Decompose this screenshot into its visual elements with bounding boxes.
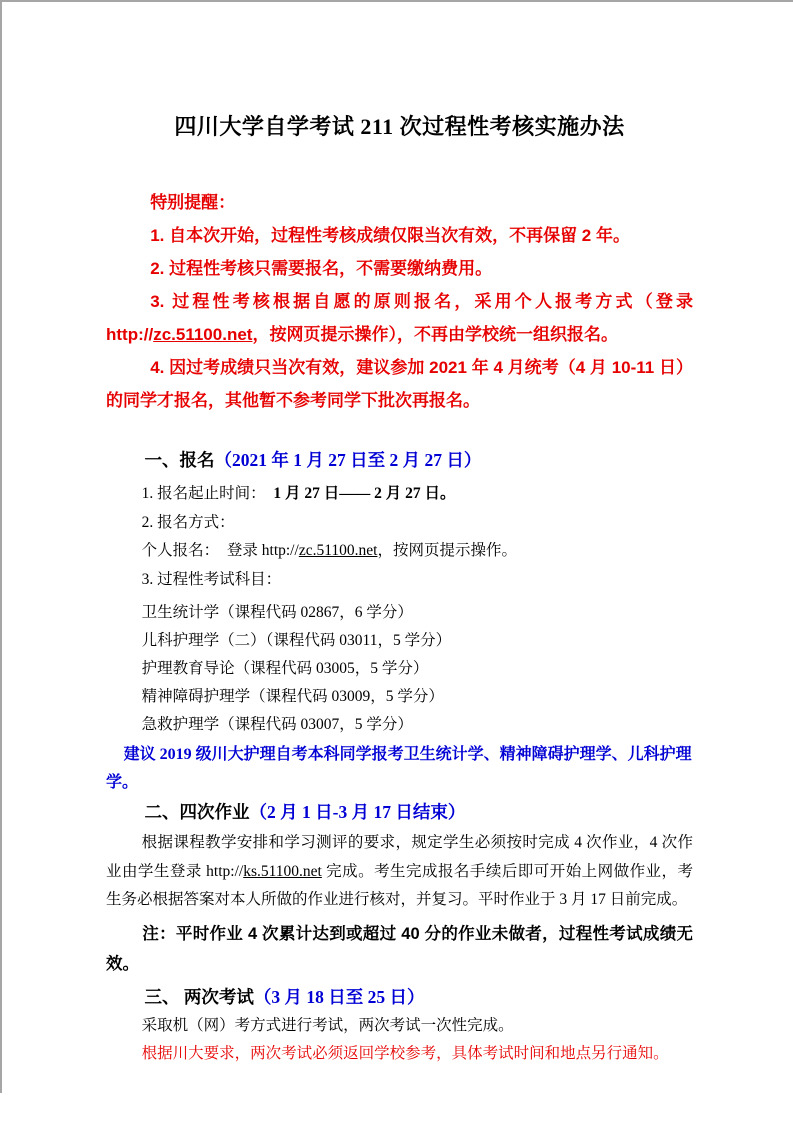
section2-body: 根据课程教学安排和学习测评的要求，规定学生必须按时完成 4 次作业，4 次作业由… (106, 829, 693, 915)
course-item: 卫生统计学（课程代码 02867，6 学分） (106, 599, 693, 627)
personal-registration-text: 个人报名： 登录 http:// (142, 542, 299, 559)
section2-heading: 二、四次作业（2 月 1 日-3 月 17 日结束） (106, 797, 693, 827)
section-1-registration: 一、报名（2021 年 1 月 27 日至 2 月 27 日） 1. 报名起止时… (106, 445, 693, 797)
course-list: 卫生统计学（课程代码 02867，6 学分） 儿科护理学（二）（课程代码 030… (106, 599, 693, 739)
course-item: 护理教育导论（课程代码 03005，5 学分） (106, 655, 693, 683)
course-item: 精神障碍护理学（课程代码 03009，5 学分） (106, 683, 693, 711)
section1-items: 1. 报名起止时间： 1 月 27 日—— 2 月 27 日。 2. 报名方式：… (106, 480, 693, 594)
notice-item-2: 2. 过程性考核只需要报名，不需要缴纳费用。 (106, 252, 693, 285)
registration-period-dates: 1 月 27 日—— 2 月 27 日。 (273, 485, 455, 502)
course-item: 儿科护理学（二）（课程代码 03011，5 学分） (106, 627, 693, 655)
course-item: 急救护理学（课程代码 03007，5 学分） (106, 711, 693, 739)
exam-subjects-line: 3. 过程性考试科目： (106, 566, 693, 595)
section1-heading-label: 一、报名 (145, 450, 215, 470)
section3-heading-dates: （3 月 18 日至 25 日） (254, 987, 425, 1007)
section1-heading: 一、报名（2021 年 1 月 27 日至 2 月 27 日） (106, 445, 693, 475)
section3-body: 采取机（网）考方式进行考试，两次考试一次性完成。 (106, 1012, 693, 1041)
document-title: 四川大学自学考试 211 次过程性考核实施办法 (106, 112, 693, 142)
zc-registration-link-2[interactable]: zc.51100.net (299, 542, 378, 559)
notice-heading: 特别提醒： (106, 186, 693, 219)
suggestion-line: 建议 2019 级川大护理自考本科同学报考卫生统计学、精神障碍护理学、儿科护理学… (106, 741, 693, 797)
registration-method-line: 2. 报名方式： (106, 509, 693, 538)
registration-period-line: 1. 报名起止时间： 1 月 27 日—— 2 月 27 日。 (106, 480, 693, 509)
notice-item-1: 1. 自本次开始，过程性考核成绩仅限当次有效，不再保留 2 年。 (106, 219, 693, 252)
notice-item-3: 3. 过程性考核根据自愿的原则报名，采用个人报考方式（登录 http://zc.… (106, 285, 693, 351)
notice-item-3-text-after: ，按网页提示操作），不再由学校统一组织报名。 (252, 325, 618, 344)
personal-registration-line: 个人报名： 登录 http://zc.51100.net，按网页提示操作。 (106, 537, 693, 566)
notice-item-4: 4. 因过考成绩只当次有效，建议参加 2021 年 4 月统考（4 月 10-1… (106, 351, 693, 417)
registration-period-label: 1. 报名起止时间： (142, 485, 274, 502)
ks-homework-link[interactable]: ks.51100.net (243, 863, 322, 880)
section1-heading-dates: （2021 年 1 月 27 日至 2 月 27 日） (215, 450, 482, 470)
zc-registration-link[interactable]: zc.51100.net (153, 325, 252, 344)
section3-heading: 三、 两次考试（3 月 18 日至 25 日） (106, 982, 693, 1012)
section3-heading-label: 三、 两次考试 (145, 987, 254, 1007)
document-page: 四川大学自学考试 211 次过程性考核实施办法 特别提醒： 1. 自本次开始，过… (0, 0, 793, 1068)
homework-note: 注：平时作业 4 次累计达到或超过 40 分的作业未做者，过程性考试成绩无效。 (106, 919, 693, 979)
section2-heading-label: 二、四次作业 (145, 802, 250, 822)
notice-block: 特别提醒： 1. 自本次开始，过程性考核成绩仅限当次有效，不再保留 2 年。 2… (106, 186, 693, 417)
personal-registration-text-after: ，按网页提示操作。 (377, 542, 517, 559)
section-3-exams: 三、 两次考试（3 月 18 日至 25 日） 采取机（网）考方式进行考试，两次… (106, 982, 693, 1069)
section2-heading-dates: （2 月 1 日-3 月 17 日结束） (250, 802, 466, 822)
section3-red-note: 根据川大要求，两次考试必须返回学校参考，具体考试时间和地点另行通知。 (106, 1040, 693, 1068)
section-2-homework: 二、四次作业（2 月 1 日-3 月 17 日结束） 根据课程教学安排和学习测评… (106, 797, 693, 979)
